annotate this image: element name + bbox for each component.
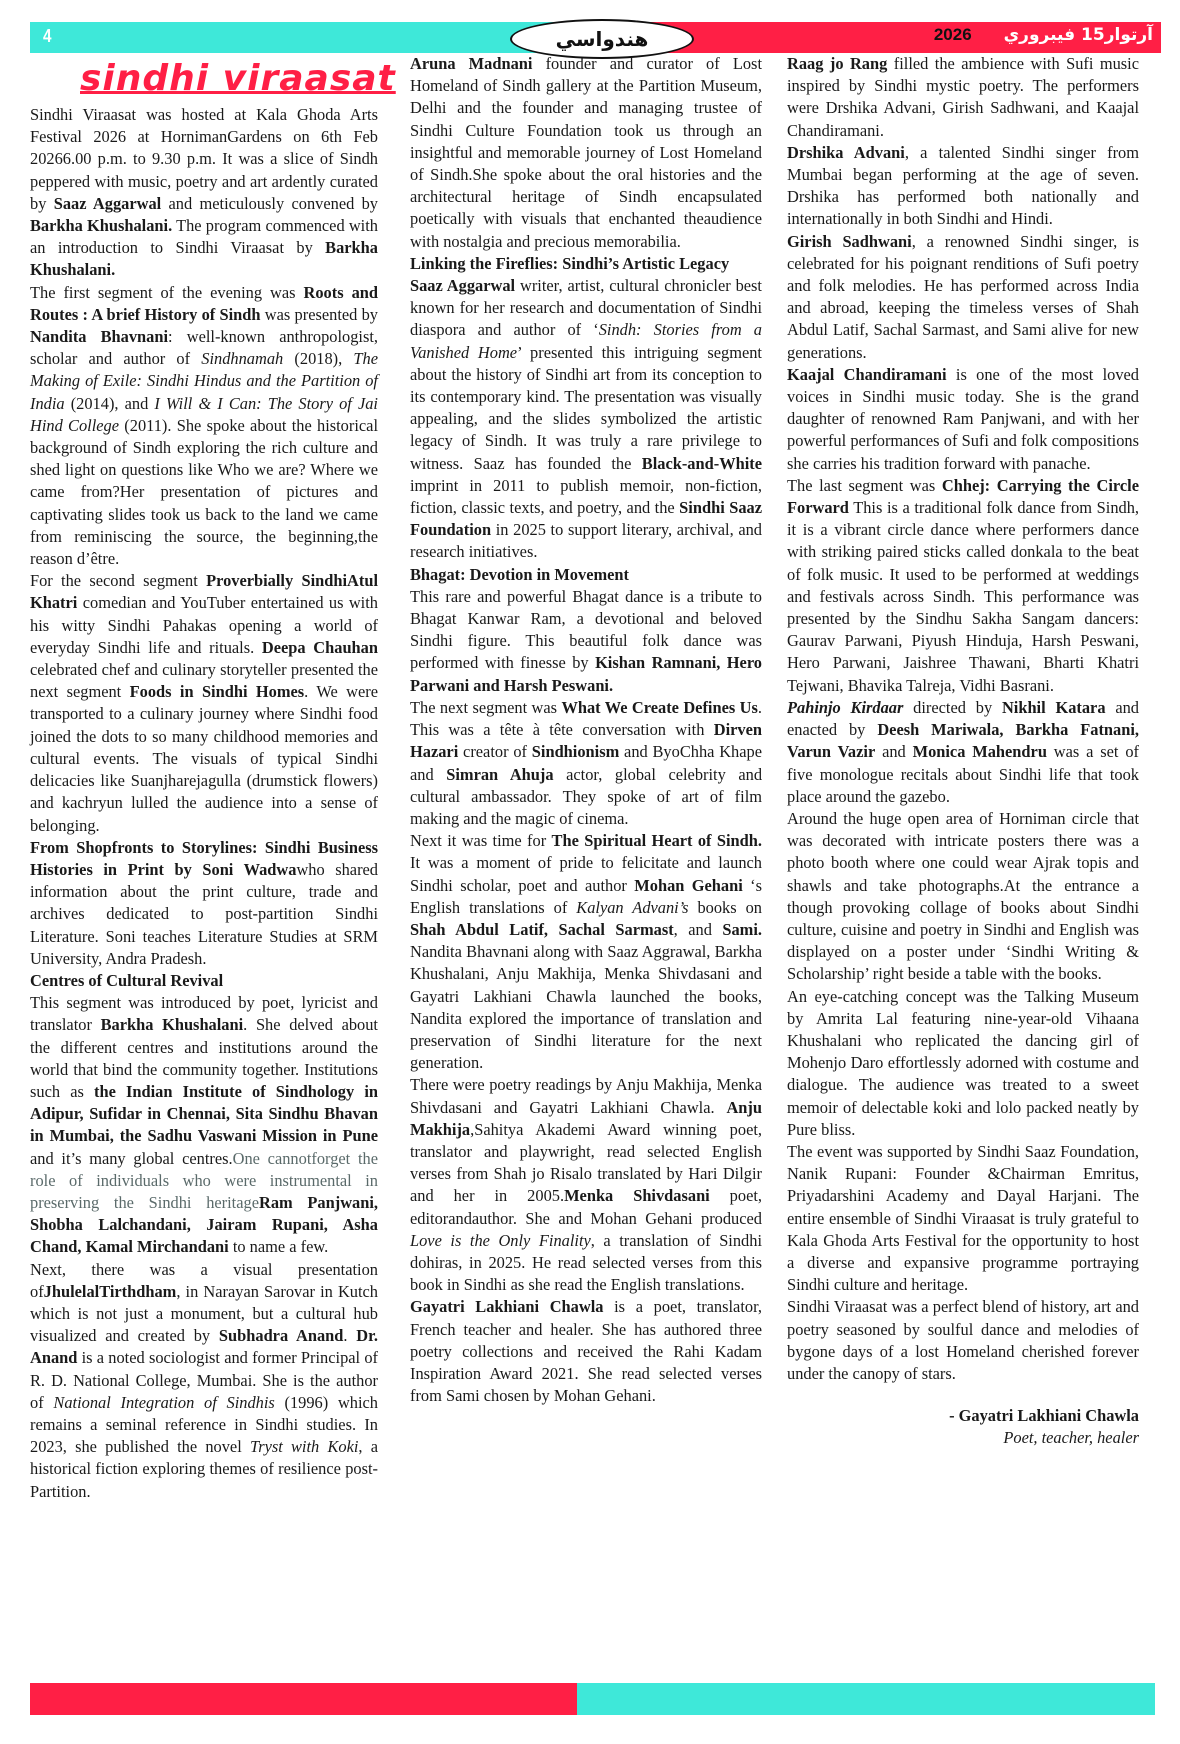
paragraph: The event was supported by Sindhi Saaz F… xyxy=(787,1141,1139,1296)
paragraph: Next, there was a visual presentation of… xyxy=(30,1259,378,1503)
paragraph: There were poetry readings by Anju Makhi… xyxy=(410,1074,762,1296)
footer-red-band xyxy=(30,1683,577,1715)
paragraph: Sindhi Viraasat was a perfect blend of h… xyxy=(787,1296,1139,1385)
dateline-urdu: آرتوار15 فيبروري xyxy=(1004,25,1153,45)
paragraph: Centres of Cultural Revival xyxy=(30,970,378,992)
byline: - Gayatri Lakhiani ChawlaPoet, teacher, … xyxy=(787,1405,1139,1449)
paragraph: The next segment was What We Create Defi… xyxy=(410,697,762,830)
paragraph: Kaajal Chandiramani is one of the most l… xyxy=(787,364,1139,475)
article-column-2: Aruna Madnani founder and curator of Los… xyxy=(410,53,762,1407)
paragraph: Girish Sadhwani, a renowned Sindhi singe… xyxy=(787,231,1139,364)
paragraph: Aruna Madnani founder and curator of Los… xyxy=(410,53,762,253)
paragraph: Drshika Advani, a talented Sindhi singer… xyxy=(787,142,1139,231)
paragraph: Next it was time for The Spiritual Heart… xyxy=(410,830,762,1074)
footer-cyan-band xyxy=(577,1683,1155,1715)
paragraph: Raag jo Rang filled the ambience with Su… xyxy=(787,53,1139,142)
header-cyan-band: 4 هندواسي xyxy=(30,22,592,53)
paragraph: Bhagat: Devotion in Movement xyxy=(410,564,762,586)
masthead-logo: هندواسي xyxy=(510,19,694,59)
article-column-3: Raag jo Rang filled the ambience with Su… xyxy=(787,53,1139,1450)
page-number: 4 xyxy=(43,26,52,47)
paragraph: Sindhi Viraasat was hosted at Kala Ghoda… xyxy=(30,104,378,282)
byline-role: Poet, teacher, healer xyxy=(787,1427,1139,1449)
paragraph: An eye-catching concept was the Talking … xyxy=(787,986,1139,1141)
paragraph: Pahinjo Kirdaar directed by Nikhil Katar… xyxy=(787,697,1139,808)
byline-author: - Gayatri Lakhiani Chawla xyxy=(787,1405,1139,1427)
paragraph: For the second segment Proverbially Sind… xyxy=(30,570,378,836)
paragraph: The last segment was Chhej: Carrying the… xyxy=(787,475,1139,697)
paragraph: The first segment of the evening was Roo… xyxy=(30,282,378,571)
page-footer xyxy=(30,1683,1155,1715)
paragraph: Gayatri Lakhiani Chawla is a poet, trans… xyxy=(410,1296,762,1407)
paragraph: This segment was introduced by poet, lyr… xyxy=(30,992,378,1258)
article-column-1: Sindhi Viraasat was hosted at Kala Ghoda… xyxy=(30,104,378,1503)
dateline-year: 2026 xyxy=(934,25,972,44)
paragraph: Around the huge open area of Horniman ci… xyxy=(787,808,1139,986)
dateline: آرتوار15 فيبروري 2026 xyxy=(934,25,1153,45)
page-header: 4 هندواسي آرتوار15 فيبروري 2026 xyxy=(30,22,1161,53)
paragraph: This rare and powerful Bhagat dance is a… xyxy=(410,586,762,697)
paragraph: From Shopfronts to Storylines: Sindhi Bu… xyxy=(30,837,378,970)
paragraph: Linking the Fireflies: Sindhi’s Artistic… xyxy=(410,253,762,275)
paragraph: Saaz Aggarwal writer, artist, cultural c… xyxy=(410,275,762,564)
article-title: sindhi viraasat xyxy=(80,58,396,99)
